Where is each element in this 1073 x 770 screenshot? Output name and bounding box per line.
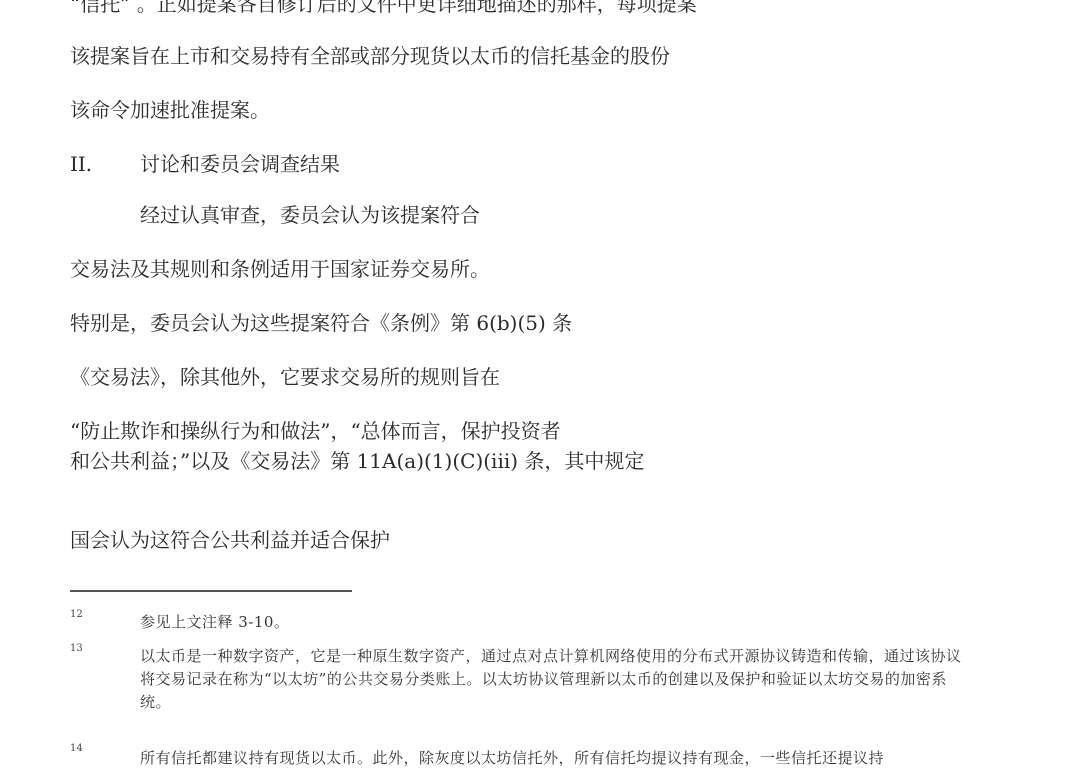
footnote-text: 所有信托都建议持有现货以太币。此外，除灰度以太坊信托外，所有信托均提议持有现金，… [140,747,1000,770]
footnote-number: 12 [70,609,83,621]
footnote-number: 13 [70,643,83,655]
paragraph-line-5: 和公共利益；”以及《交易法》第 11A(a)(1)(C)(iii) 条，其中规定 [70,449,644,473]
body-line-2: 该命令加速批准提案。 [70,98,270,122]
body-line-0: “信托” 。正如提案各自修订后的文件中更详细地描述的那样，每项提案 [70,0,697,16]
section-number: II. [70,152,92,176]
paragraph-line-4: “防止欺诈和操纵行为和做法”，“总体而言，保护投资者 [70,419,561,443]
paragraph-line-0: 经过认真审查，委员会认为该提案符合 [140,203,480,227]
footnote-separator [70,590,352,592]
paragraph-line-1: 交易法及其规则和条例适用于国家证券交易所。 [70,257,490,281]
footnote-number: 14 [70,743,83,755]
paragraph-line-2: 特别是，委员会认为这些提案符合《条例》第 6(b)(5) 条 [70,311,572,335]
body-line-1: 该提案旨在上市和交易持有全部或部分现货以太币的信托基金的股份 [70,44,670,68]
paragraph-line-6: 国会认为这符合公共利益并适合保护 [70,528,390,552]
paragraph-line-3: 《交易法》，除其他外，它要求交易所的规则旨在 [70,365,500,389]
footnote-text: 以太币是一种数字资产，它是一种原生数字资产，通过点对点计算机网络使用的分布式开源… [140,645,970,714]
footnote-text: 参见上文注释 3-10。 [140,611,1000,634]
section-title: 讨论和委员会调查结果 [140,152,340,176]
